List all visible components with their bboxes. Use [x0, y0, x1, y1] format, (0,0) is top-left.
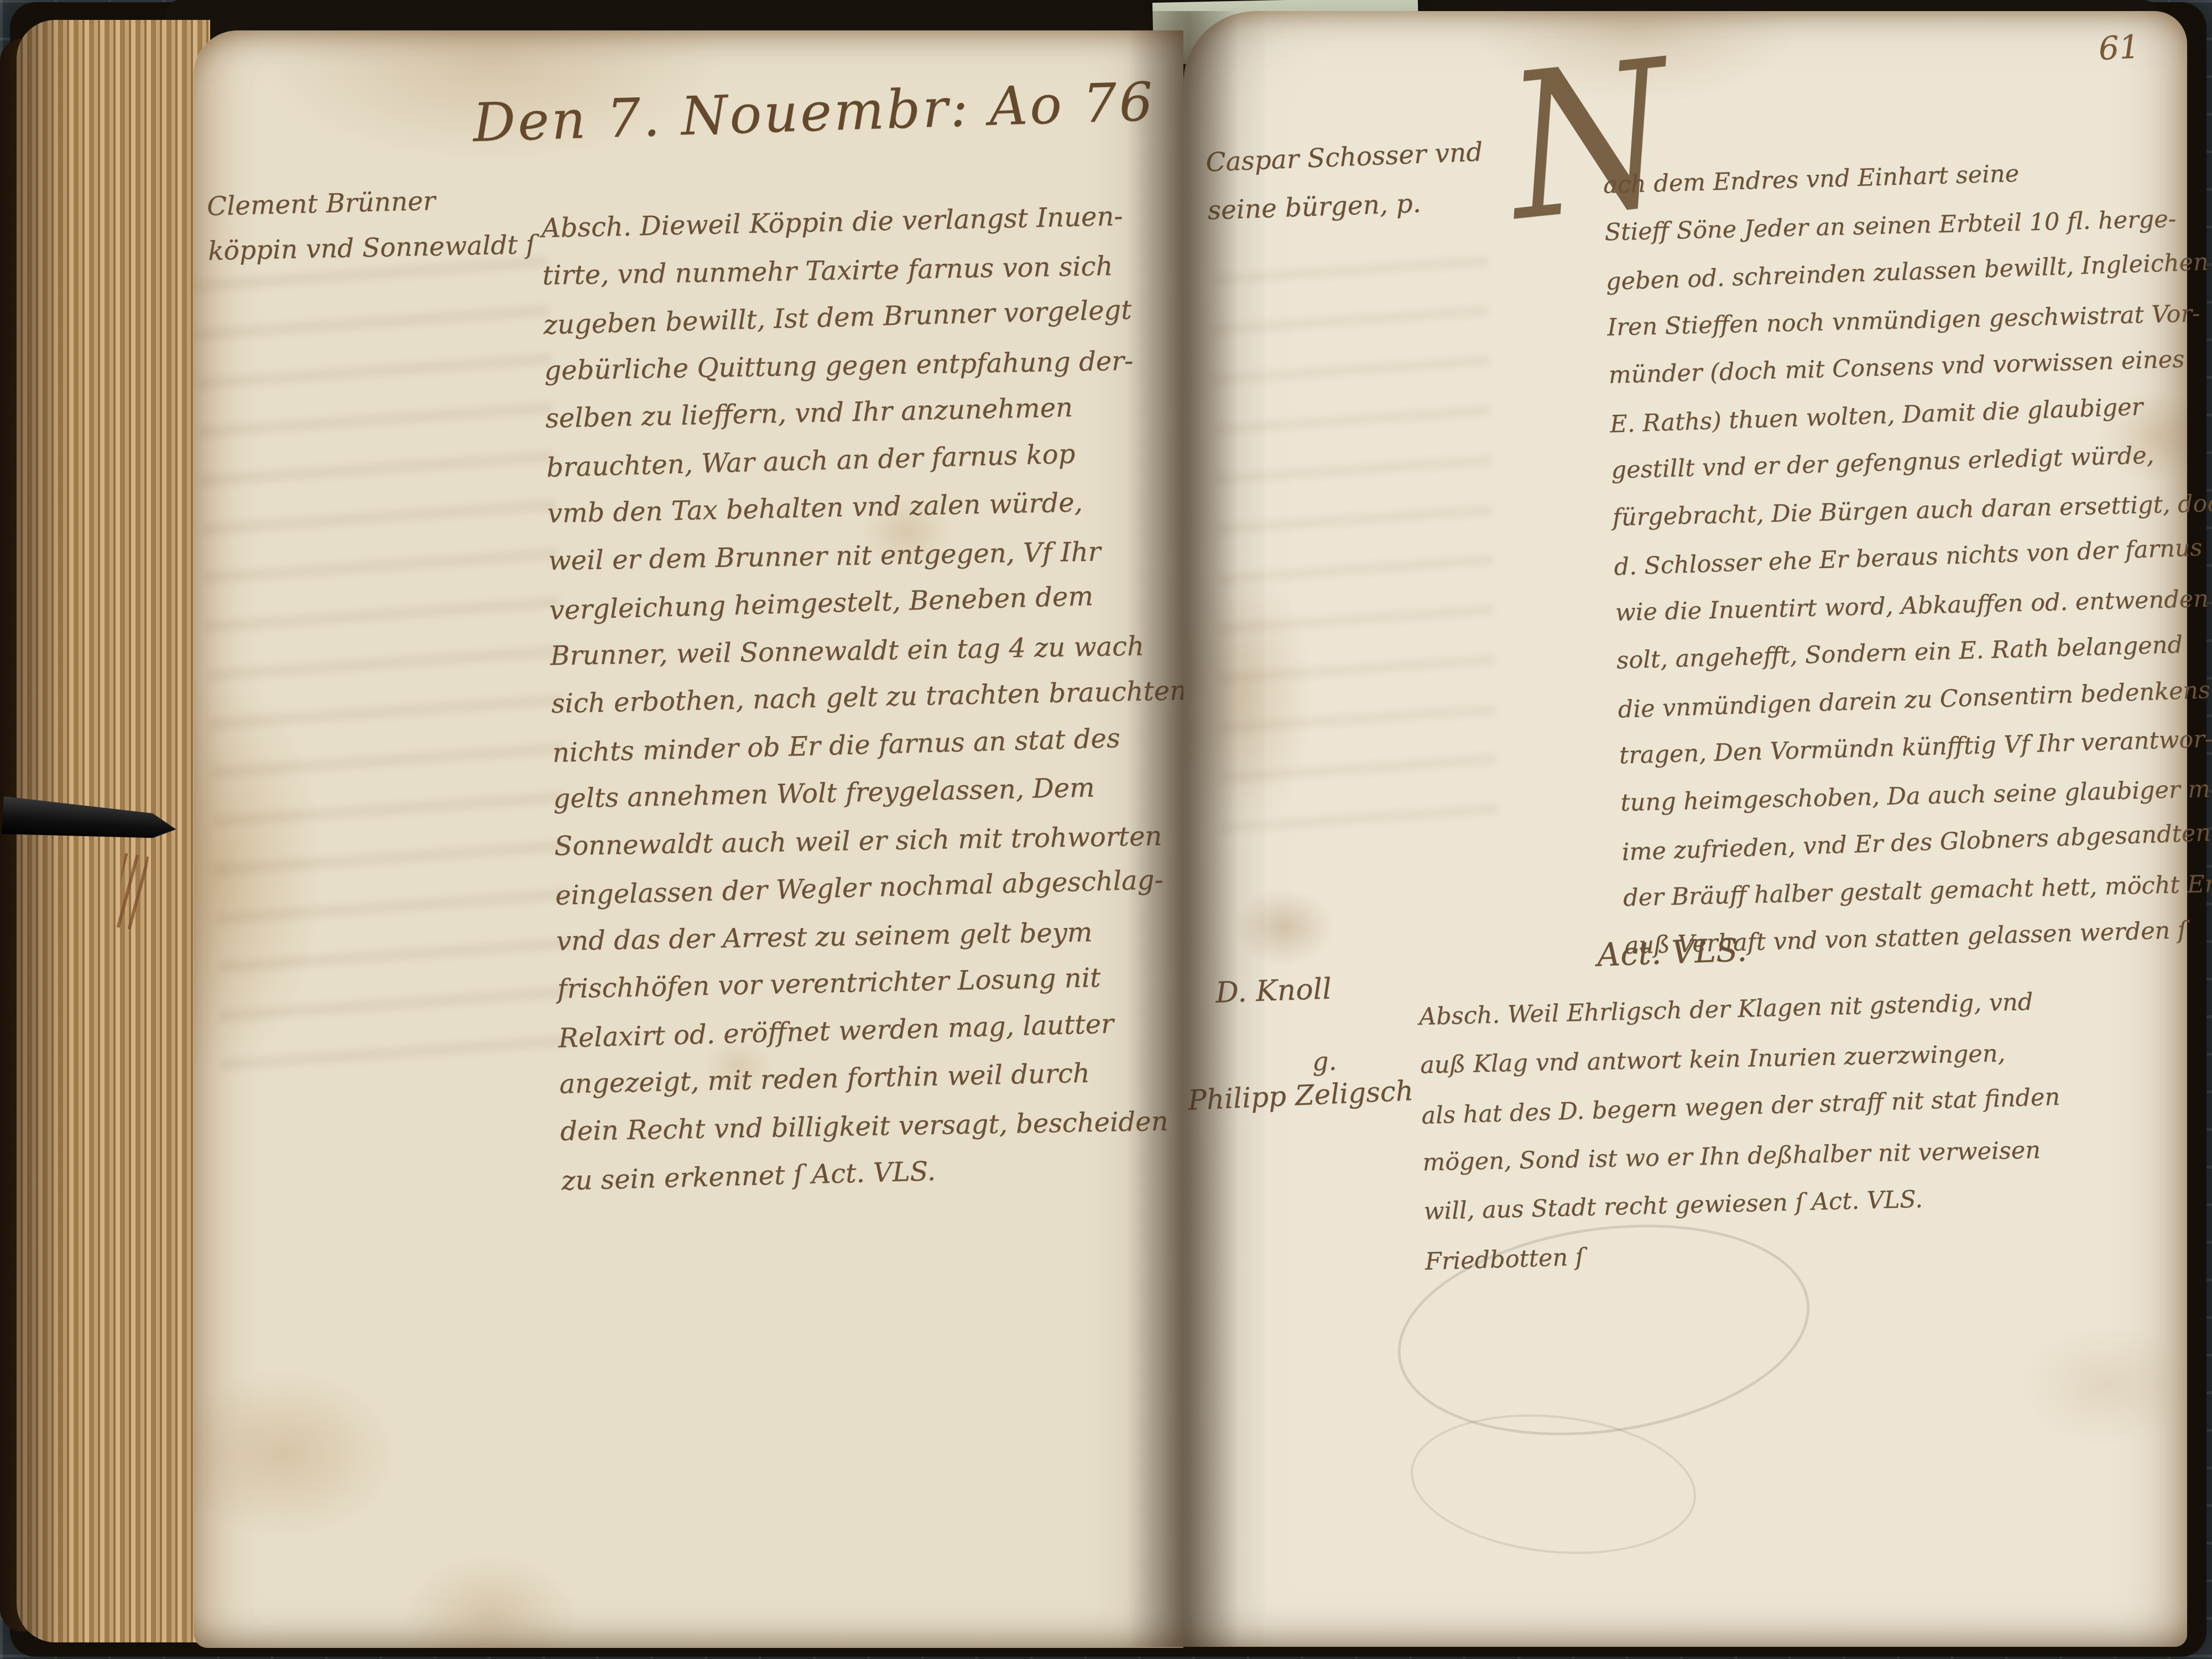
book-gutter-shadow: [1128, 11, 1239, 1647]
left-entry-text: Absch. Dieweil Köppin die verlangst Inue…: [541, 191, 1206, 1203]
entry1-signature: Act. VLS.: [1597, 931, 1747, 973]
left-margin-note: Clement Brünnerköppin vnd Sonnewaldt ſ: [206, 177, 536, 273]
right-entry1-text: ach dem Endres vnd Einhart seineStieff S…: [1603, 144, 2212, 970]
margin-note-line: seine bürgen, p.: [1207, 178, 1485, 234]
manuscript-photo: { "document": { "page_number": "61", "he…: [0, 0, 2212, 1659]
page-number: 61: [2098, 28, 2140, 67]
right-page: 61 Caspar Schosser vndseine bürgen, p. N…: [1183, 11, 2187, 1647]
right-margin-note-caspar: Caspar Schosser vndseine bürgen, p.: [1205, 128, 1485, 234]
left-page: Den 7. Nouembr: Ao 76 Clement Brünnerköp…: [194, 30, 1183, 1648]
ink-bleed-through-left: [193, 246, 576, 1087]
right-margin-note-contra: g.: [1312, 1046, 1337, 1077]
margin-note-line: köppin vnd Sonnewaldt ſ: [207, 223, 536, 274]
date-heading: Den 7. Nouembr: Ao 76: [472, 71, 1156, 154]
ink-bleed-through-right: [1212, 247, 1499, 849]
margin-note-line: Caspar Schosser vnd: [1205, 128, 1484, 186]
right-entry2-text: Absch. Weil Ehrligsch der Klagen nit gst…: [1418, 977, 2064, 1285]
margin-note-line: Clement Brünner: [206, 177, 535, 229]
pencil-scribble-oval: [1404, 1401, 1703, 1568]
